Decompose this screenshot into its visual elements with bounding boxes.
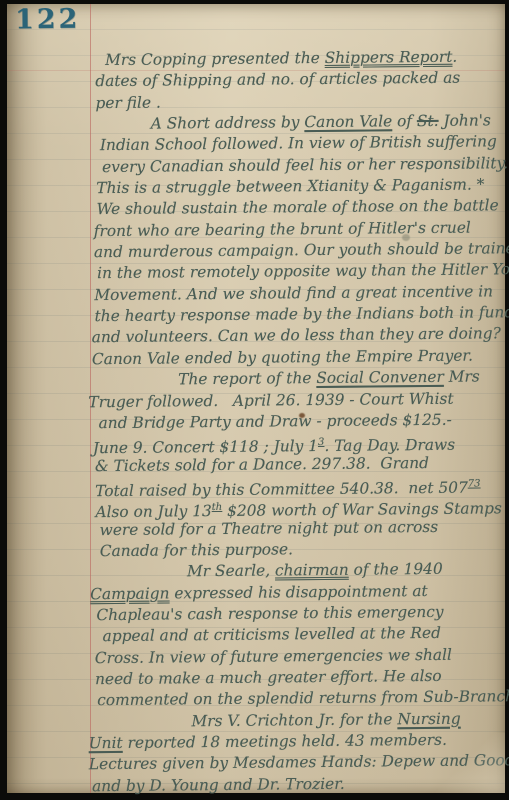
manuscript-text: and by D. Young and Dr. Trozier. [92, 774, 345, 794]
manuscript-lines: Mrs Copping presented the Shippers Repor… [7, 46, 509, 798]
manuscript-text: & Tickets sold for a Dance. 297.38. Gran… [95, 454, 429, 475]
manuscript-text: We should sustain the morale of those on… [96, 197, 498, 219]
manuscript-text: reported 18 meetings held. 43 members. [123, 731, 447, 752]
manuscript-text: per file . [95, 93, 160, 112]
manuscript-text: of the 1940 [349, 560, 443, 579]
manuscript-text: Chapleau's cash response to this emergen… [96, 603, 443, 624]
manuscript-text: . [452, 48, 457, 66]
manuscript-text: Movement. And we should find a great inc… [94, 282, 493, 304]
manuscript-text: Mrs [444, 368, 480, 386]
ledger-paper: 122 Mrs Copping presented the Shippers R… [7, 4, 505, 793]
manuscript-emphasis: Canon Vale [304, 112, 392, 131]
manuscript-text: Mrs Copping presented the [105, 49, 325, 69]
manuscript-emphasis: Unit [89, 734, 123, 752]
manuscript-text: The report of the [178, 369, 316, 388]
manuscript-text: every Canadian should feel his or her re… [102, 154, 508, 176]
manuscript-line: June 9. Concert $118 ; July 13. Tag Day.… [11, 430, 509, 456]
manuscript-text: John's [438, 111, 490, 130]
manuscript-emphasis: chairman [275, 561, 349, 580]
manuscript-text: expressed his disappointment at [169, 582, 427, 602]
manuscript-text: Cross. In view of future emergencies we … [95, 645, 452, 666]
manuscript-emphasis: th [212, 502, 223, 513]
manuscript-text: need to make a much greater effort. He a… [95, 667, 442, 688]
manuscript-emphasis: St. [417, 112, 439, 130]
manuscript-text: Lectures given by Mesdames Hands: Depew … [89, 751, 509, 773]
page-number: 122 [15, 4, 81, 36]
manuscript-text: . Tag Day. Draws [324, 436, 455, 455]
manuscript-emphasis: Social Convener [316, 368, 444, 387]
manuscript-text: of [392, 112, 417, 130]
manuscript-emphasis: Campaign [90, 584, 169, 603]
manuscript-text: appeal and at criticisms levelled at the… [103, 624, 441, 645]
manuscript-text: commented on the splendid returns from S… [97, 687, 509, 709]
photographed-ledger-page: 122 Mrs Copping presented the Shippers R… [0, 0, 509, 800]
manuscript-text: Mrs V. Crichton Jr. for the [191, 710, 397, 730]
manuscript-text: and volunteers. Can we do less than they… [92, 325, 501, 347]
manuscript-text: in the most remotely opposite way than t… [97, 260, 509, 282]
manuscript-emphasis: Nursing [397, 709, 460, 728]
manuscript-text: front who are bearing the brunt of Hitle… [94, 218, 471, 240]
manuscript-text: dates of Shipping and no. of articles pa… [95, 69, 460, 91]
manuscript-text: Canada for this purpose. [100, 540, 293, 560]
manuscript-emphasis: 73 [468, 478, 481, 489]
manuscript-text: Canon Vale ended by quoting the Empire P… [92, 346, 473, 368]
manuscript-text: Indian School followed. In view of Briti… [100, 133, 497, 155]
manuscript-text: were sold for a Theatre night put on acr… [100, 517, 439, 538]
manuscript-text: A Short address by [151, 113, 305, 132]
manuscript-emphasis: Shippers Report [325, 48, 453, 67]
manuscript-text: This is a struggle between Xtianity & Pa… [96, 175, 484, 197]
manuscript-text: and murderous campaign. Our youth should… [94, 239, 509, 261]
manuscript-text: and Bridge Party and Draw - proceeds $12… [98, 411, 451, 432]
manuscript-text: Mr Searle, [187, 562, 275, 581]
manuscript-text: Truger followed. April 26. 1939 - Court … [88, 389, 453, 411]
manuscript-text: the hearty response made by the Indians … [94, 303, 509, 325]
